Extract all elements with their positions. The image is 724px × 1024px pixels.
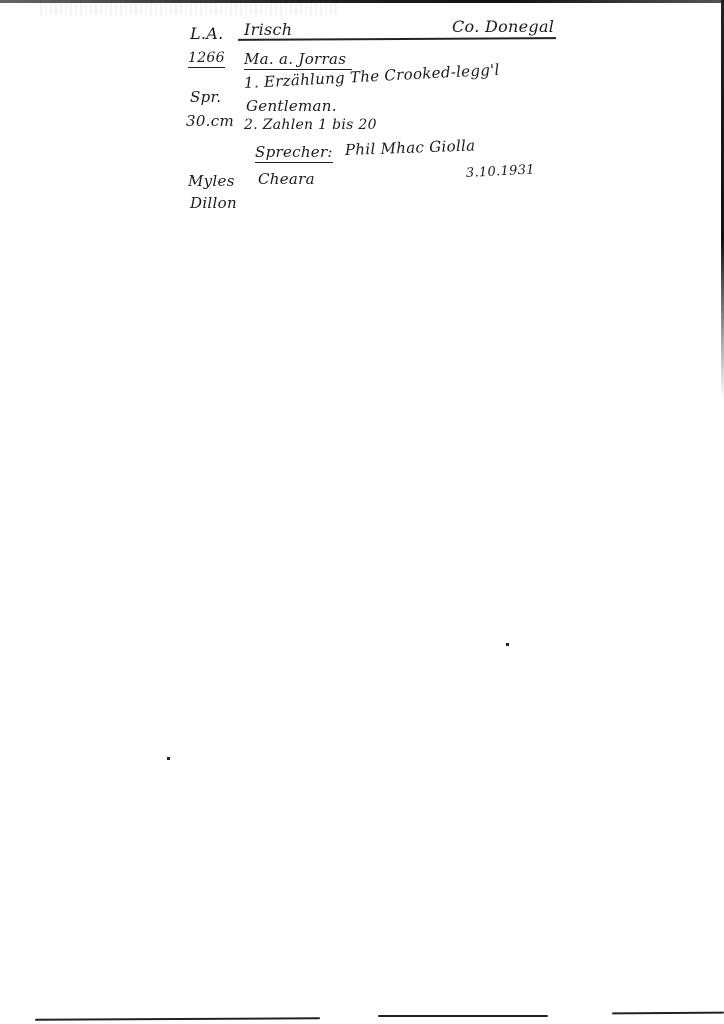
speaker-label: Sprecher: xyxy=(255,143,333,163)
speaker-name: Phil Mhac Giolla xyxy=(345,136,476,159)
scan-edge-bottom xyxy=(378,1015,548,1017)
scan-edge-bottom xyxy=(35,1017,320,1020)
speaker-name-cont: Cheara xyxy=(258,170,315,188)
content-item-1-cont: Gentleman. xyxy=(246,97,337,115)
recording-date: 3.10.1931 xyxy=(466,162,536,181)
scan-speck xyxy=(167,757,170,760)
record-number: 1266 xyxy=(188,50,225,68)
scan-speck xyxy=(506,643,509,646)
content-item-2: 2. Zahlen 1 bis 20 xyxy=(244,117,377,133)
language-label: Irisch xyxy=(244,20,292,39)
archive-mark: L.A. xyxy=(190,24,224,43)
place-label: Ma. a. Jorras xyxy=(244,50,352,70)
format-label: Spr. xyxy=(190,88,221,106)
scan-edge-bottom xyxy=(612,1012,724,1015)
recorder-first-name: Myles xyxy=(188,172,235,190)
recorder-last-name: Dillon xyxy=(190,194,237,212)
header-rule xyxy=(238,37,556,40)
region-label: Co. Donegal xyxy=(452,17,554,36)
format-size: 30.cm xyxy=(186,112,234,130)
scan-noise xyxy=(40,3,340,15)
